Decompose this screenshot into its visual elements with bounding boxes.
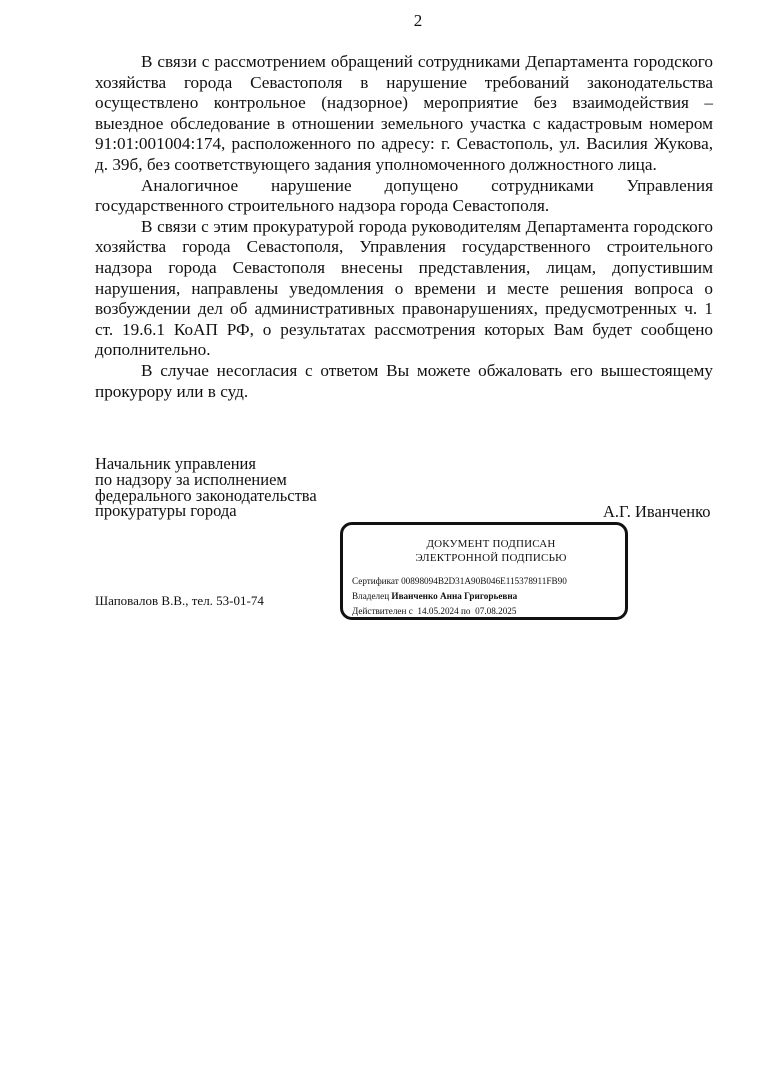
stamp-title: ДОКУМЕНТ ПОДПИСАН ЭЛЕКТРОННОЙ ПОДПИСЬЮ	[343, 537, 625, 565]
stamp-certificate: Сертификат 00898094B2D31A90B046E11537891…	[343, 574, 625, 589]
paragraph-similar-violation: Аналогичное нарушение допущено сотрудник…	[95, 176, 713, 217]
position-line: прокуратуры города	[95, 503, 317, 519]
e-signature-stamp: ДОКУМЕНТ ПОДПИСАН ЭЛЕКТРОННОЙ ПОДПИСЬЮ С…	[340, 522, 628, 620]
paragraph-appeal: В случае несогласия с ответом Вы можете …	[95, 361, 713, 402]
executor-contact: Шаповалов В.В., тел. 53-01-74	[95, 593, 264, 609]
signatory-position: Начальник управления по надзору за испол…	[95, 456, 317, 519]
signatory-name: А.Г. Иванченко	[603, 502, 711, 522]
page-number: 2	[0, 11, 764, 31]
stamp-validity: Действителен с 14.05.2024 по 07.08.2025	[343, 604, 625, 619]
letter-body: В связи с рассмотрением обращений сотруд…	[95, 52, 713, 402]
stamp-owner: Владелец Иванченко Анна Григорьевна	[343, 589, 625, 604]
paragraph-inspection: В связи с рассмотрением обращений сотруд…	[95, 52, 713, 176]
paragraph-measures: В связи с этим прокуратурой города руков…	[95, 217, 713, 361]
